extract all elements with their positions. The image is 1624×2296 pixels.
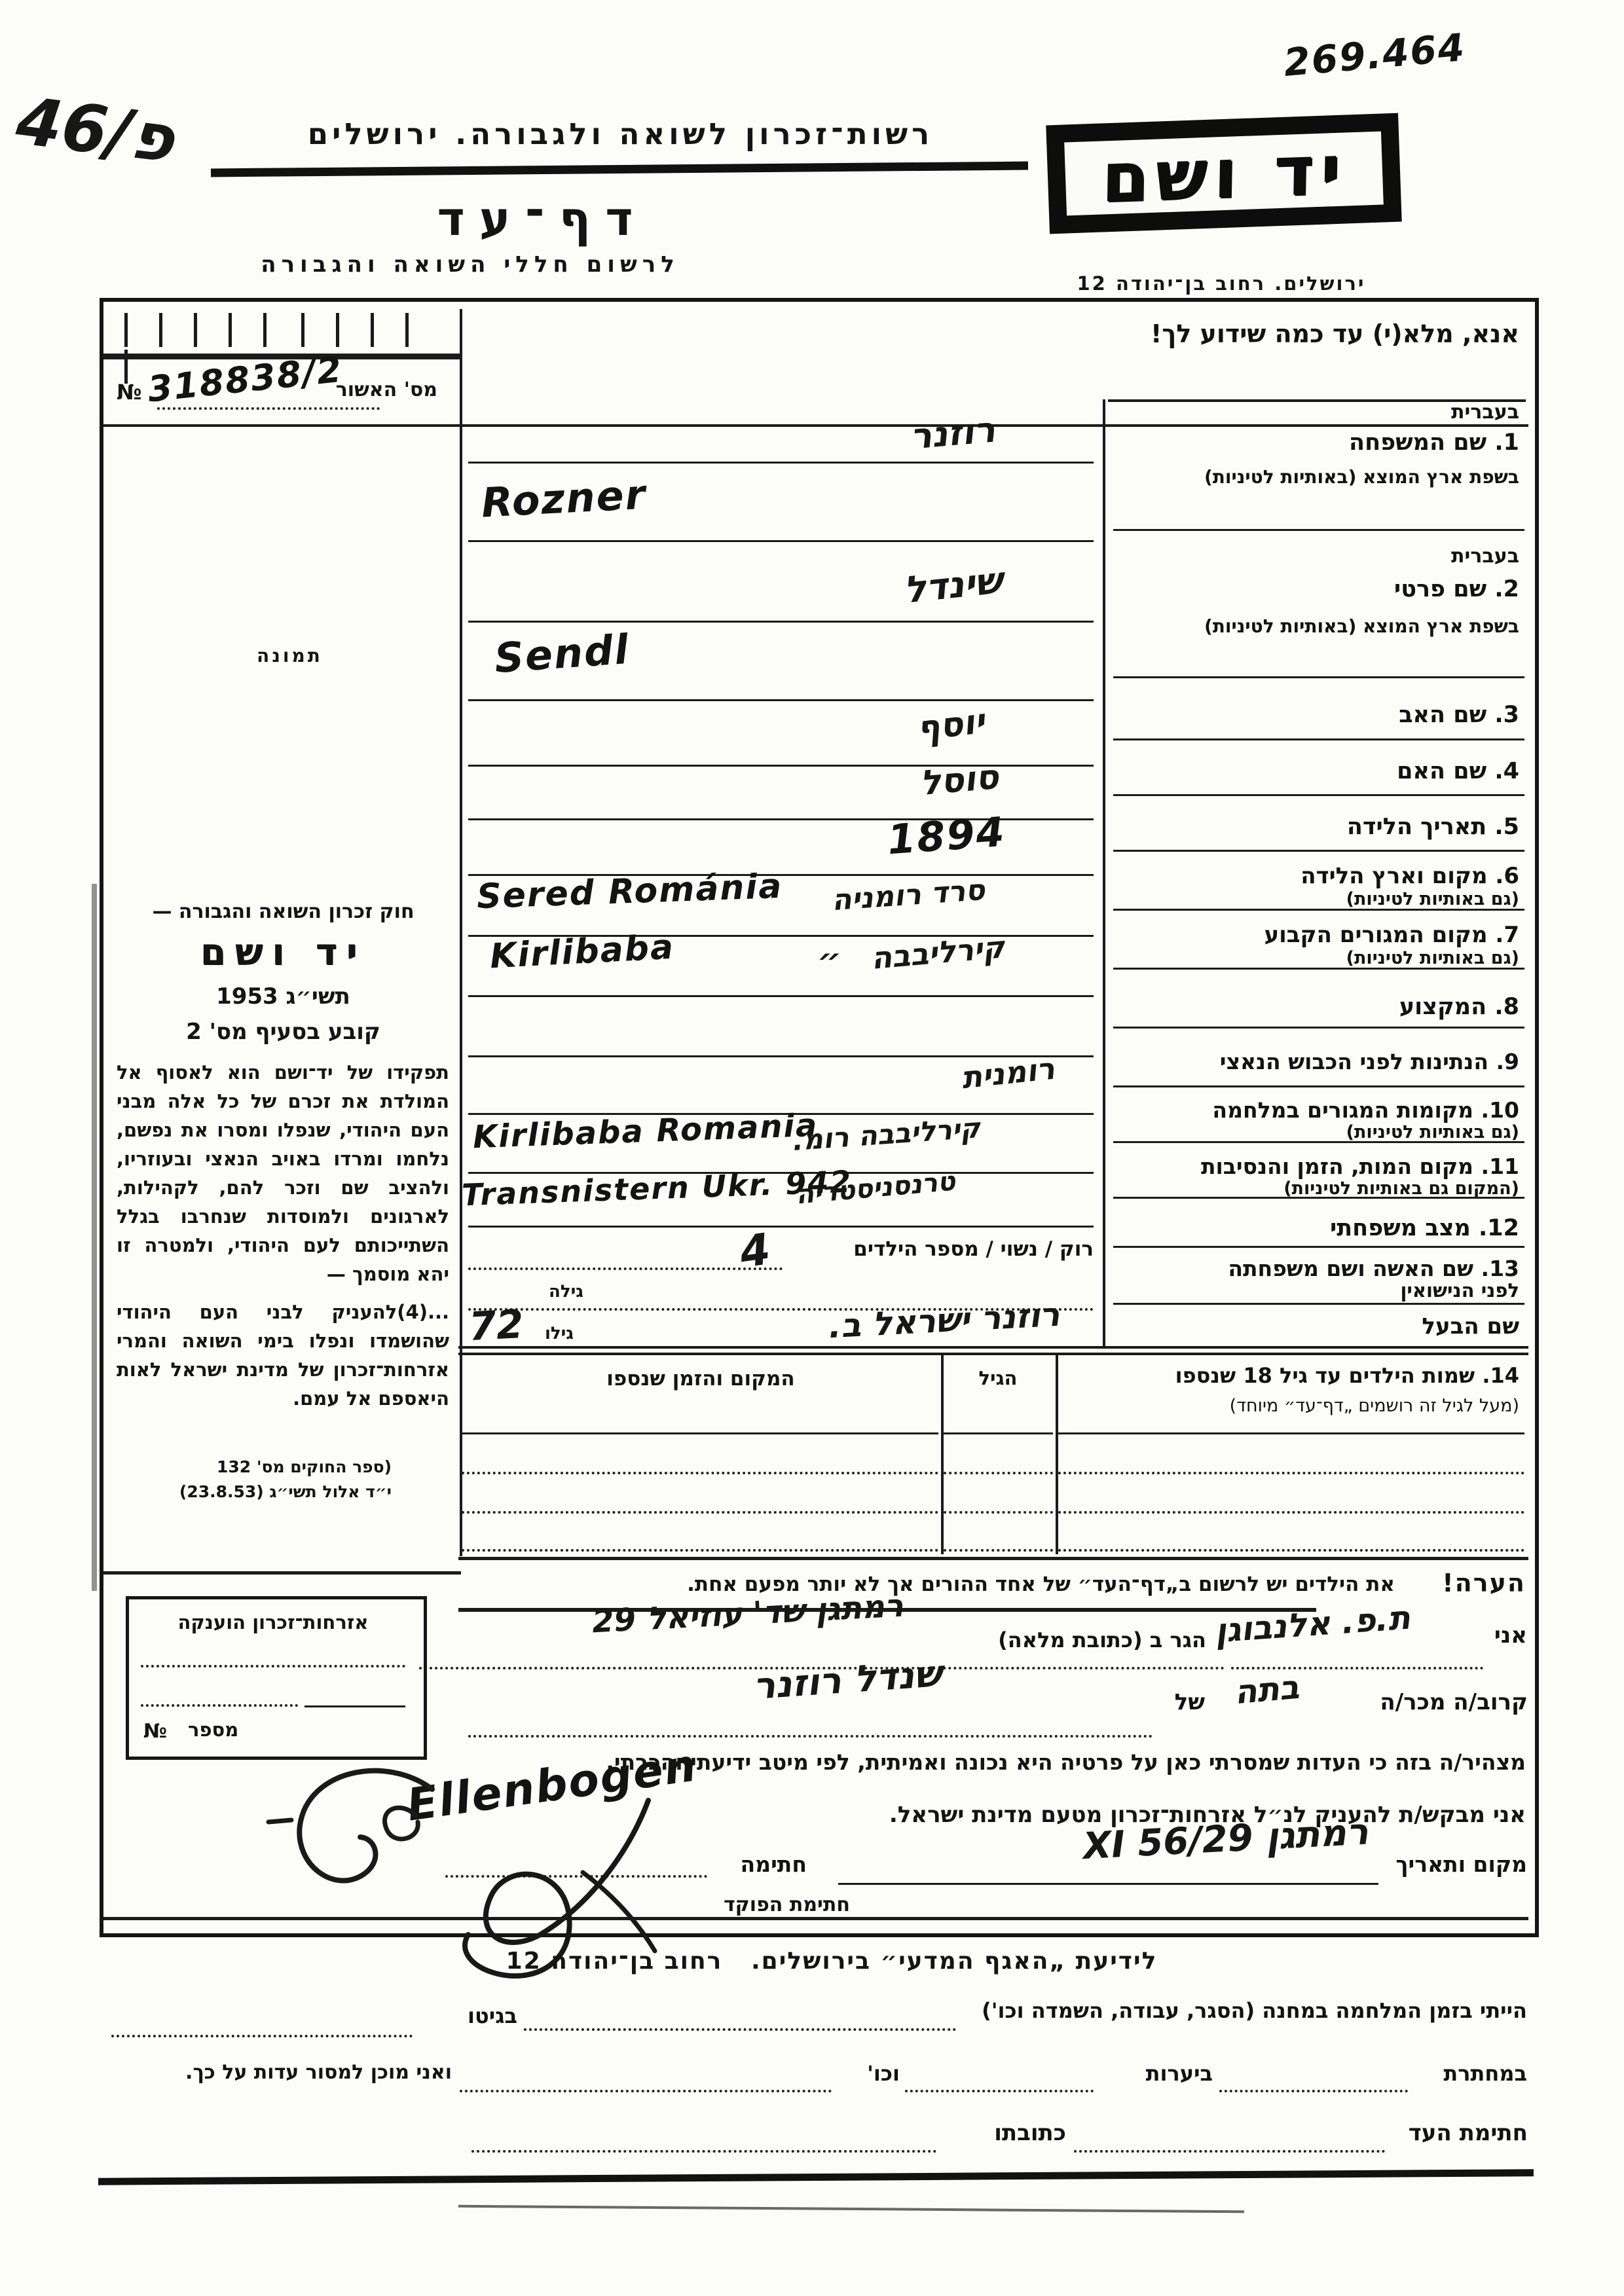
- table-row1-names: [1058, 1472, 1524, 1474]
- field3-rule: [1113, 738, 1524, 740]
- field1-pre: בעברית: [1113, 401, 1519, 424]
- topband-rule: [103, 424, 1528, 427]
- hw-family-name-latin: Rozner: [480, 470, 648, 526]
- field2-sub: בשפת ארץ המוצא (באותיות לטיניות): [1113, 615, 1519, 637]
- citizenship-dotted-2: [141, 1704, 298, 1707]
- ghetto-dotted-line: [111, 2035, 413, 2037]
- place-date-line: [838, 1883, 1378, 1885]
- table-bottom-line: [458, 1557, 1528, 1560]
- clerk-initials-scribble: [262, 1760, 465, 1910]
- footer-bottom-line: [98, 2169, 1534, 2185]
- ruler-ticks: [124, 313, 465, 350]
- answer-line-f2-latin: [468, 699, 1094, 701]
- field13-sub: לפני הנישואין: [1113, 1279, 1519, 1302]
- resides-label: הגר ב (כתובת מלאה): [912, 1628, 1206, 1652]
- table-row1-age: [944, 1472, 1053, 1474]
- her-age-label: גילה: [549, 1282, 583, 1302]
- field4-rule: [1113, 794, 1524, 796]
- approval-dotted-line: [157, 407, 380, 410]
- hw-residence-ditto: ״: [817, 941, 841, 981]
- hw-mother-name: סוסל: [919, 757, 1001, 803]
- table-vline-age-right: [1056, 1353, 1058, 1554]
- field12-rule: [1113, 1246, 1524, 1248]
- answer-line-f1-latin: [468, 540, 1094, 542]
- footer-title: לידיעת „האגף המדעי״ בירושלים. רחוב בן־יה…: [498, 1948, 1166, 1975]
- law-ref-2: י״ד אלול תשי״ג (23.8.53): [117, 1482, 392, 1501]
- answer-line-f3: [468, 765, 1094, 767]
- fill-in-instruction: אנא, מלא(י) עד כמה שידוע לך!: [1107, 319, 1519, 348]
- authority-title: רשות־זכרון לשואה ולגבורה. ירושלים: [216, 117, 1025, 151]
- field6-rule: [1113, 909, 1524, 911]
- table-header-rule-names: [1058, 1432, 1524, 1434]
- citizenship-granted-box: אזרחות־זכרון הוענקה מספר №: [126, 1596, 427, 1760]
- forests-dotted-line: [905, 2090, 1094, 2092]
- field6-label: 6. מקום וארץ הלידה: [1113, 863, 1519, 889]
- registrar-signature-label: חתימת הפוקד: [680, 1893, 850, 1916]
- field5-label: 5. תאריך הלידה: [1113, 814, 1519, 840]
- children-names-header: 14. שמות הילדים עד גיל 18 שנספו: [1067, 1363, 1519, 1388]
- left-column-divider: [460, 309, 462, 1556]
- citizenship-no-sign: №: [143, 1720, 167, 1743]
- witness-name-dotted-line: [1231, 1667, 1483, 1669]
- age-column-header: הגיל: [943, 1367, 1053, 1389]
- witness-signature-dotted: [1074, 2150, 1385, 2153]
- field8-label: 8. המקצוע: [1113, 994, 1519, 1020]
- law-heading: חוק זכרון השואה והגבורה —: [118, 900, 449, 923]
- note-title: הערה!: [1408, 1569, 1526, 1597]
- archive-number-handwritten: 269.464: [1282, 25, 1467, 85]
- place-date-label: מקום ותאריך: [1383, 1851, 1527, 1877]
- children-count-dotted-line: [468, 1267, 783, 1270]
- approval-no-sign: №: [117, 380, 142, 405]
- witness-signature-label: חתימת העד: [1393, 2120, 1528, 2146]
- field1-label: 1. שם המשפחה: [1113, 429, 1519, 456]
- citizenship-number-label: מספר: [188, 1719, 238, 1741]
- field7-rule: [1113, 968, 1524, 970]
- stray-scan-line: [458, 2205, 1244, 2213]
- law-section: קובע בסעיף מס' 2: [118, 1019, 449, 1045]
- table-header-rule-age: [944, 1432, 1053, 1434]
- table-top-line-2: [458, 1353, 1528, 1355]
- field4-label: 4. שם האם: [1113, 758, 1519, 784]
- answer-line-f1-hebrew: [468, 462, 1094, 464]
- etc-label: וכו': [840, 2061, 900, 2086]
- field8-rule: [1113, 1027, 1524, 1029]
- form-title: דף־עד: [411, 191, 673, 246]
- file-number-handwritten: 46/פ: [12, 82, 179, 178]
- husband-label: שם הבעל: [1113, 1313, 1519, 1339]
- page-of-testimony-scan: 269.464 46/פ רשות־זכרון לשואה ולגבורה. י…: [0, 0, 1624, 2296]
- children-names-subheader: (מעל לגיל זה רושמים „דף־עד״ מיוחד): [1067, 1396, 1519, 1416]
- field6-sub: (גם באותיות לטיניות): [1113, 889, 1519, 909]
- underground-dotted-line: [1219, 2090, 1408, 2092]
- answer-line-f11: [468, 1226, 1094, 1228]
- field12-label: 12. מצב משפחתי: [1113, 1215, 1519, 1241]
- i-label: אני: [1481, 1622, 1527, 1649]
- forests-label: ביערות: [1101, 2061, 1213, 2086]
- law-ref-1: (ספר החוקים מס' 132: [117, 1457, 392, 1476]
- citizenship-line-2b: [304, 1705, 405, 1707]
- field9-rule: [1113, 1085, 1524, 1087]
- ghetto-label: בגיטו: [419, 2003, 517, 2028]
- table-row3-age: [944, 1549, 1053, 1552]
- hw-father-name: יוסף: [915, 702, 987, 749]
- field10-label: 10. מקומות המגורים במלחמה: [1113, 1097, 1519, 1123]
- witness-address-label: כתובתו: [948, 2120, 1066, 2146]
- law-body: תפקידו של יד־ושם הוא לאסוף אל המולדת את …: [117, 1058, 449, 1288]
- field11-rule: [1113, 1197, 1524, 1199]
- note-text: את הילדים יש לרשום ב„דף־העד״ של אחד ההור…: [458, 1573, 1395, 1596]
- field13-label: 13. שם האשה ושם משפחתה: [1113, 1256, 1519, 1281]
- answer-line-f2-hebrew: [468, 621, 1094, 623]
- his-age-label: גילו: [545, 1324, 574, 1343]
- footer-title-address: רחוב בן־יהודה 12: [506, 1948, 723, 1975]
- answer-line-f7: [468, 995, 1094, 997]
- field11-label: 11. מקום המות, הזמן והנסיבות: [1113, 1154, 1519, 1179]
- field1-sub: בשפת ארץ המוצא (באותיות לטיניות): [1113, 466, 1519, 488]
- camp-label: הייתי בזמן המלחמה במחנה (הסגר, עבודה, הש…: [963, 1998, 1527, 2023]
- table-row1-place: [462, 1472, 938, 1474]
- form-subtitle: לרשום חללי השואה והגבורה: [254, 251, 686, 278]
- yad-vashem-stamp: יד ושם: [1046, 113, 1401, 234]
- table-header-rule-place: [462, 1432, 938, 1434]
- field1-rule: [1113, 529, 1524, 531]
- field11-sub: (המקום גם באותיות לטיניות): [1113, 1178, 1519, 1199]
- left-column-separator: [103, 1571, 461, 1575]
- table-top-line-1: [458, 1346, 1528, 1349]
- table-row3-place: [462, 1549, 938, 1552]
- marital-status-options: רוק / נשוי / מספר הילדים: [789, 1237, 1094, 1261]
- label-column-divider: [1103, 399, 1105, 1347]
- hw-birth-year: 1894: [886, 808, 1007, 864]
- authority-underline: [211, 162, 1028, 177]
- law-year: תשי״ג 1953: [118, 983, 449, 1010]
- relative-label: קרוב/ה מכר/ה: [1341, 1689, 1528, 1715]
- camp-dotted-line: [524, 2028, 956, 2031]
- field7-label: 7. מקום המגורים הקבוע: [1113, 922, 1519, 948]
- field3-label: 3. שם האב: [1113, 702, 1519, 728]
- field2-rule: [1113, 676, 1524, 678]
- stamp-address: ירושלים. רחוב בן־יהודה 12: [1038, 272, 1405, 295]
- citizenship-box-title: אזרחות־זכרון הוענקה: [142, 1611, 404, 1633]
- hw-relation: בתה: [1233, 1668, 1301, 1711]
- place-column-header: המקום והזמן שנספו: [498, 1367, 904, 1391]
- field13-rule: [1113, 1303, 1524, 1305]
- underground-label: במחתרת: [1414, 2061, 1527, 2086]
- field10-sub: (גם באותיות לטיניות): [1113, 1122, 1519, 1142]
- table-row2-age: [944, 1511, 1053, 1514]
- field2-label: 2. שם פרטי: [1113, 576, 1519, 602]
- hw-family-name-hebrew: רוזנר: [909, 409, 997, 457]
- law-name: יד ושם: [118, 931, 449, 974]
- photo-label: תמונה: [257, 645, 323, 666]
- testify-label: ואני מוכן למסור עדות על כך.: [98, 2061, 452, 2084]
- field2-pre: בעברית: [1113, 545, 1519, 568]
- field7-sub: (גם באותיות לטיניות): [1113, 948, 1519, 968]
- etc-dotted-line: [460, 2090, 832, 2092]
- hw-husband-age: 72: [468, 1302, 525, 1350]
- table-row2-place: [462, 1511, 938, 1514]
- of-label: של: [1159, 1689, 1205, 1715]
- hw-first-name-latin: Sendl: [493, 625, 631, 682]
- witness-address-dotted: [471, 2150, 936, 2153]
- table-row2-names: [1058, 1511, 1524, 1514]
- signature-label: חתימה: [715, 1851, 807, 1877]
- field5-rule: [1113, 850, 1524, 852]
- table-row3-names: [1058, 1549, 1524, 1552]
- field10-rule: [1113, 1141, 1524, 1143]
- relation-dotted-line: [468, 1735, 1153, 1738]
- scan-smudge: [92, 884, 97, 1591]
- mainbox-bottom-inner-line: [103, 1917, 1528, 1920]
- field9-label: 9. הנתינות לפני הכבוש הנאצי: [1113, 1049, 1519, 1074]
- law-clause: ‏...(4)להעניק לבני העם היהודי שהושמדו ונ…: [117, 1298, 449, 1413]
- citizenship-dotted-1: [141, 1665, 405, 1667]
- yad-vashem-stamp-text: יד ושם: [1101, 129, 1348, 217]
- footer-title-text: לידיעת „האגף המדעי״ בירושלים.: [751, 1948, 1157, 1975]
